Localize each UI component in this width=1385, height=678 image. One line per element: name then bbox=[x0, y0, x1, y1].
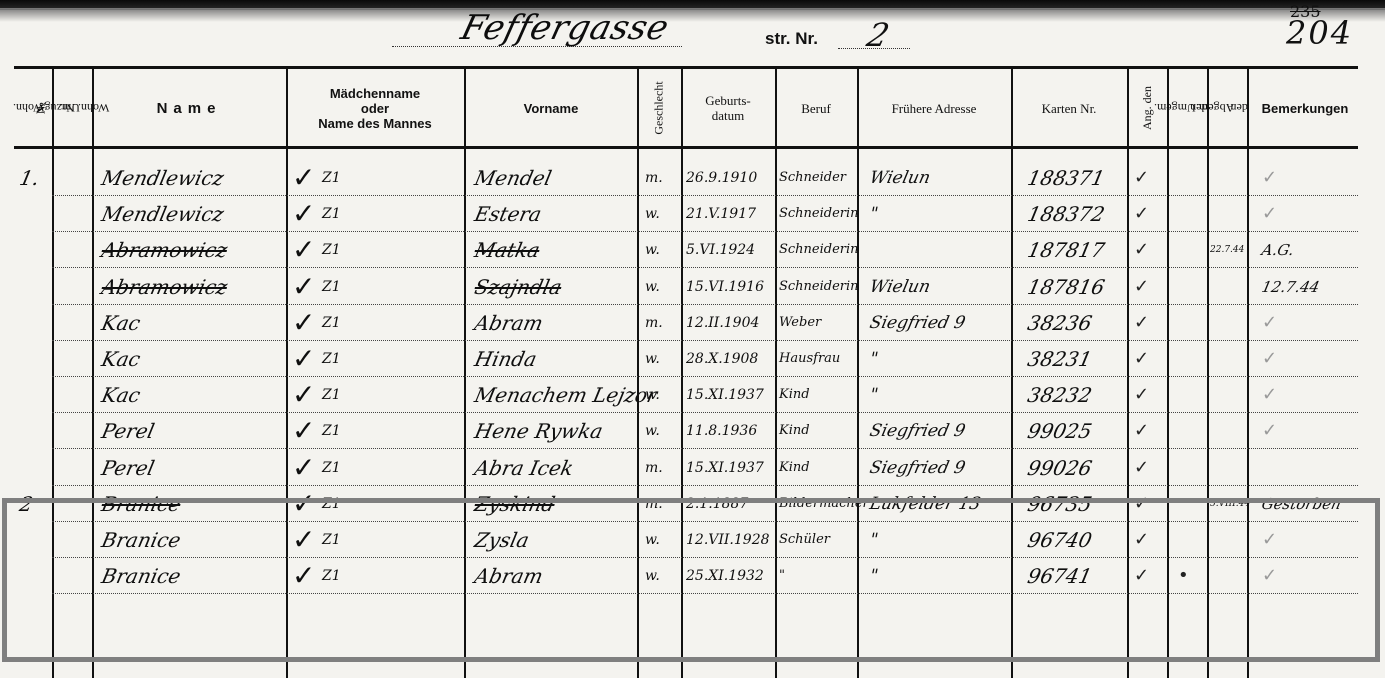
geburtsdatum-cell: 5.VI.1924 bbox=[686, 232, 755, 268]
header-fruehere-adresse: Frühere Adresse bbox=[858, 70, 1010, 146]
vorname-cell: Abram bbox=[471, 305, 546, 341]
bemerkungen-cell: ✓ bbox=[1262, 305, 1277, 341]
name-cell: Perel bbox=[98, 450, 158, 486]
header-bemerkungen: Bemerkungen bbox=[1248, 70, 1362, 146]
wohn-nr-cell bbox=[16, 377, 24, 413]
column-divider bbox=[1167, 68, 1169, 678]
karten-nr-cell: 38232 bbox=[1024, 377, 1095, 413]
bemerkungen-cell: 12.7.44 bbox=[1258, 269, 1323, 305]
ang-check-icon: ✓ bbox=[1134, 522, 1149, 558]
code-cell: Z1 bbox=[322, 160, 341, 196]
karten-nr-cell: 187817 bbox=[1024, 232, 1108, 268]
geschlecht-cell: m. bbox=[645, 305, 663, 341]
header-maedchenname: MädchennameoderName des Mannes bbox=[287, 70, 463, 146]
abgem-cell: 22.7.44 bbox=[1210, 232, 1244, 268]
geschlecht-cell: w. bbox=[645, 269, 660, 305]
code-cell: Z1 bbox=[322, 232, 341, 268]
ang-check-icon: ✓ bbox=[1134, 377, 1149, 413]
fruehere-adresse-cell: " bbox=[866, 196, 881, 232]
fruehere-adresse-cell: Siegfried 9 bbox=[866, 413, 969, 449]
column-divider bbox=[1207, 68, 1209, 678]
karten-nr-cell: 99026 bbox=[1024, 450, 1095, 486]
check-icon: ✓ bbox=[292, 305, 315, 341]
beruf-cell: Weber bbox=[779, 305, 821, 341]
vorname-cell: Hinda bbox=[471, 341, 540, 377]
fruehere-adresse-cell: Siegfried 9 bbox=[866, 305, 969, 341]
table-top-rule bbox=[14, 66, 1358, 69]
wohn-nr-cell bbox=[16, 341, 24, 377]
karten-nr-cell: 187816 bbox=[1024, 269, 1108, 305]
name-cell: Branice bbox=[98, 486, 184, 522]
code-cell: Z1 bbox=[322, 269, 341, 305]
check-icon: ✓ bbox=[292, 269, 315, 305]
vorname-cell: Hene Rywka bbox=[471, 413, 606, 449]
beruf-cell: Bildermacher bbox=[779, 486, 869, 522]
header-geburtsdatum: Geburts-datum bbox=[682, 70, 774, 146]
fruehere-adresse-cell: " bbox=[866, 377, 881, 413]
beruf-cell: Hausfrau bbox=[779, 341, 840, 377]
header-umzug: Umzug.Wohn. Nr. bbox=[54, 70, 92, 146]
column-divider bbox=[92, 68, 94, 678]
geschlecht-cell: w. bbox=[645, 377, 660, 413]
column-divider bbox=[1011, 68, 1013, 678]
vorname-cell: Szajndla bbox=[471, 269, 565, 305]
fruehere-adresse-cell: Lukfelder 13 bbox=[866, 486, 984, 522]
vorname-cell: Mendel bbox=[471, 160, 555, 196]
bemerkungen-cell: ✓ bbox=[1262, 341, 1277, 377]
code-cell: Z1 bbox=[322, 522, 341, 558]
check-icon: ✓ bbox=[292, 413, 315, 449]
street-number-label: str. Nr. bbox=[765, 29, 818, 49]
geburtsdatum-cell: 28.X.1908 bbox=[686, 341, 758, 377]
wohn-nr-cell bbox=[16, 522, 24, 558]
geburtsdatum-cell: 26.9.1910 bbox=[686, 160, 757, 196]
vorname-cell: Abra Icek bbox=[471, 450, 577, 486]
karten-nr-cell: 38231 bbox=[1024, 341, 1095, 377]
column-divider bbox=[1247, 68, 1249, 678]
geschlecht-cell: m. bbox=[645, 486, 663, 522]
street-name: Feffergasse bbox=[457, 8, 673, 48]
bemerkungen-cell: ✓ bbox=[1262, 522, 1277, 558]
name-cell: Mendlewicz bbox=[98, 160, 227, 196]
wohn-nr-cell: 1. bbox=[16, 160, 43, 196]
name-cell: Kac bbox=[98, 341, 144, 377]
karten-nr-cell: 96740 bbox=[1024, 522, 1095, 558]
code-cell: Z1 bbox=[322, 305, 341, 341]
code-cell: Z1 bbox=[322, 450, 341, 486]
column-divider bbox=[857, 68, 859, 678]
page-number: 204 bbox=[1286, 14, 1353, 52]
name-cell: Abramowicz bbox=[98, 232, 231, 268]
bemerkungen-cell: A.G. bbox=[1258, 232, 1297, 268]
name-cell: Abramowicz bbox=[98, 269, 231, 305]
wohn-nr-cell bbox=[16, 305, 24, 341]
ang-check-icon: ✓ bbox=[1134, 450, 1149, 486]
fruehere-adresse-cell: " bbox=[866, 522, 881, 558]
fruehere-adresse-cell: Wielun bbox=[866, 269, 934, 305]
vorname-cell: Matka bbox=[471, 232, 543, 268]
beruf-cell: Kind bbox=[779, 450, 810, 486]
ang-check-icon: ✓ bbox=[1134, 558, 1149, 594]
code-cell: Z1 bbox=[322, 196, 341, 232]
fruehere-adresse-cell: " bbox=[866, 558, 881, 594]
name-cell: Mendlewicz bbox=[98, 196, 227, 232]
vorname-cell: Abram bbox=[471, 558, 546, 594]
code-cell: Z1 bbox=[322, 413, 341, 449]
column-divider bbox=[775, 68, 777, 678]
beruf-cell: " bbox=[779, 558, 785, 594]
column-divider bbox=[637, 68, 639, 678]
ang-check-icon: ✓ bbox=[1134, 232, 1149, 268]
umgem-mark: • bbox=[1178, 558, 1189, 594]
column-divider bbox=[286, 68, 288, 678]
geschlecht-cell: w. bbox=[645, 558, 660, 594]
check-icon: ✓ bbox=[292, 450, 315, 486]
geburtsdatum-cell: 15.XI.1937 bbox=[686, 450, 764, 486]
wohn-nr-cell bbox=[16, 450, 24, 486]
ang-check-icon: ✓ bbox=[1134, 196, 1149, 232]
bemerkungen-cell bbox=[1258, 450, 1266, 486]
header-name: Name bbox=[93, 70, 285, 146]
beruf-cell: Schneider bbox=[779, 160, 846, 196]
bemerkungen-cell: ✓ bbox=[1262, 413, 1277, 449]
bemerkungen-cell: ✓ bbox=[1262, 160, 1277, 196]
ang-check-icon: ✓ bbox=[1134, 413, 1149, 449]
karten-nr-cell: 96735 bbox=[1024, 486, 1095, 522]
code-cell: Z1 bbox=[322, 486, 341, 522]
fruehere-adresse-cell: Siegfried 9 bbox=[866, 450, 969, 486]
geburtsdatum-cell: 15.VI.1916 bbox=[686, 269, 764, 305]
column-divider bbox=[1127, 68, 1129, 678]
karten-nr-cell: 99025 bbox=[1024, 413, 1095, 449]
geburtsdatum-cell: 11.8.1936 bbox=[686, 413, 757, 449]
header-karten-nr: Karten Nr. bbox=[1012, 70, 1126, 146]
check-icon: ✓ bbox=[292, 558, 315, 594]
vorname-cell: Zyskind bbox=[471, 486, 558, 522]
scan-top-edge bbox=[0, 0, 1385, 10]
geburtsdatum-cell: 12.II.1904 bbox=[686, 305, 759, 341]
geburtsdatum-cell: 2.1.1887 bbox=[686, 486, 748, 522]
header-beruf: Beruf bbox=[776, 70, 856, 146]
geburtsdatum-cell: 12.VII.1928 bbox=[686, 522, 770, 558]
ang-check-icon: ✓ bbox=[1134, 341, 1149, 377]
fruehere-adresse-cell bbox=[866, 232, 874, 268]
geschlecht-cell: m. bbox=[645, 160, 663, 196]
name-cell: Branice bbox=[98, 522, 184, 558]
check-icon: ✓ bbox=[292, 160, 315, 196]
beruf-cell: Schneiderin bbox=[779, 232, 859, 268]
geburtsdatum-cell: 15.XI.1937 bbox=[686, 377, 764, 413]
check-icon: ✓ bbox=[292, 232, 315, 268]
beruf-cell: Kind bbox=[779, 377, 810, 413]
geburtsdatum-cell: 25.XI.1932 bbox=[686, 558, 764, 594]
karten-nr-cell: 38236 bbox=[1024, 305, 1095, 341]
ang-check-icon: ✓ bbox=[1134, 160, 1149, 196]
column-divider bbox=[52, 68, 54, 678]
name-cell: Kac bbox=[98, 377, 144, 413]
name-cell: Branice bbox=[98, 558, 184, 594]
ang-check-icon: ✓ bbox=[1134, 305, 1149, 341]
code-cell: Z1 bbox=[322, 558, 341, 594]
karten-nr-cell: 188371 bbox=[1024, 160, 1108, 196]
wohn-nr-cell bbox=[16, 232, 24, 268]
geschlecht-cell: w. bbox=[645, 232, 660, 268]
geschlecht-cell: w. bbox=[645, 522, 660, 558]
karten-nr-cell: 96741 bbox=[1024, 558, 1095, 594]
column-divider bbox=[464, 68, 466, 678]
wohn-nr-cell bbox=[16, 196, 24, 232]
bemerkungen-cell: ✓ bbox=[1262, 558, 1277, 594]
fruehere-adresse-cell: Wielun bbox=[866, 160, 934, 196]
code-cell: Z1 bbox=[322, 341, 341, 377]
name-cell: Kac bbox=[98, 305, 144, 341]
header-vorname: Vorname bbox=[465, 70, 637, 146]
beruf-cell: Schüler bbox=[779, 522, 830, 558]
code-cell: Z1 bbox=[322, 377, 341, 413]
header-geschlecht: Geschlecht bbox=[638, 70, 680, 146]
geschlecht-cell: m. bbox=[645, 450, 663, 486]
bemerkungen-cell: Gestorben bbox=[1258, 486, 1345, 522]
vorname-cell: Estera bbox=[471, 196, 545, 232]
check-icon: ✓ bbox=[292, 486, 315, 522]
beruf-cell: Schneiderin bbox=[779, 269, 859, 305]
name-cell: Perel bbox=[98, 413, 158, 449]
wohn-nr-cell: 2 bbox=[16, 486, 36, 522]
check-icon: ✓ bbox=[292, 341, 315, 377]
wohn-nr-cell bbox=[16, 558, 24, 594]
geschlecht-cell: w. bbox=[645, 341, 660, 377]
check-icon: ✓ bbox=[292, 377, 315, 413]
beruf-cell: Kind bbox=[779, 413, 810, 449]
beruf-cell: Schneiderin bbox=[779, 196, 859, 232]
wohn-nr-cell bbox=[16, 413, 24, 449]
vorname-cell: Menachem Lejzor bbox=[471, 377, 660, 413]
bemerkungen-cell: ✓ bbox=[1262, 196, 1277, 232]
ang-check-icon: ✓ bbox=[1134, 486, 1149, 522]
geschlecht-cell: w. bbox=[645, 413, 660, 449]
header-abgem: Abgem.den bbox=[1208, 70, 1246, 146]
abgem-cell: 5.VIII.44 bbox=[1210, 486, 1250, 522]
check-icon: ✓ bbox=[292, 196, 315, 232]
ang-check-icon: ✓ bbox=[1134, 269, 1149, 305]
column-divider bbox=[681, 68, 683, 678]
geburtsdatum-cell: 21.V.1917 bbox=[686, 196, 756, 232]
geschlecht-cell: w. bbox=[645, 196, 660, 232]
fruehere-adresse-cell: " bbox=[866, 341, 881, 377]
header-bottom-rule bbox=[14, 146, 1358, 149]
bemerkungen-cell: ✓ bbox=[1262, 377, 1277, 413]
vorname-cell: Zysla bbox=[471, 522, 532, 558]
karten-nr-cell: 188372 bbox=[1024, 196, 1108, 232]
check-icon: ✓ bbox=[292, 522, 315, 558]
wohn-nr-cell bbox=[16, 269, 24, 305]
